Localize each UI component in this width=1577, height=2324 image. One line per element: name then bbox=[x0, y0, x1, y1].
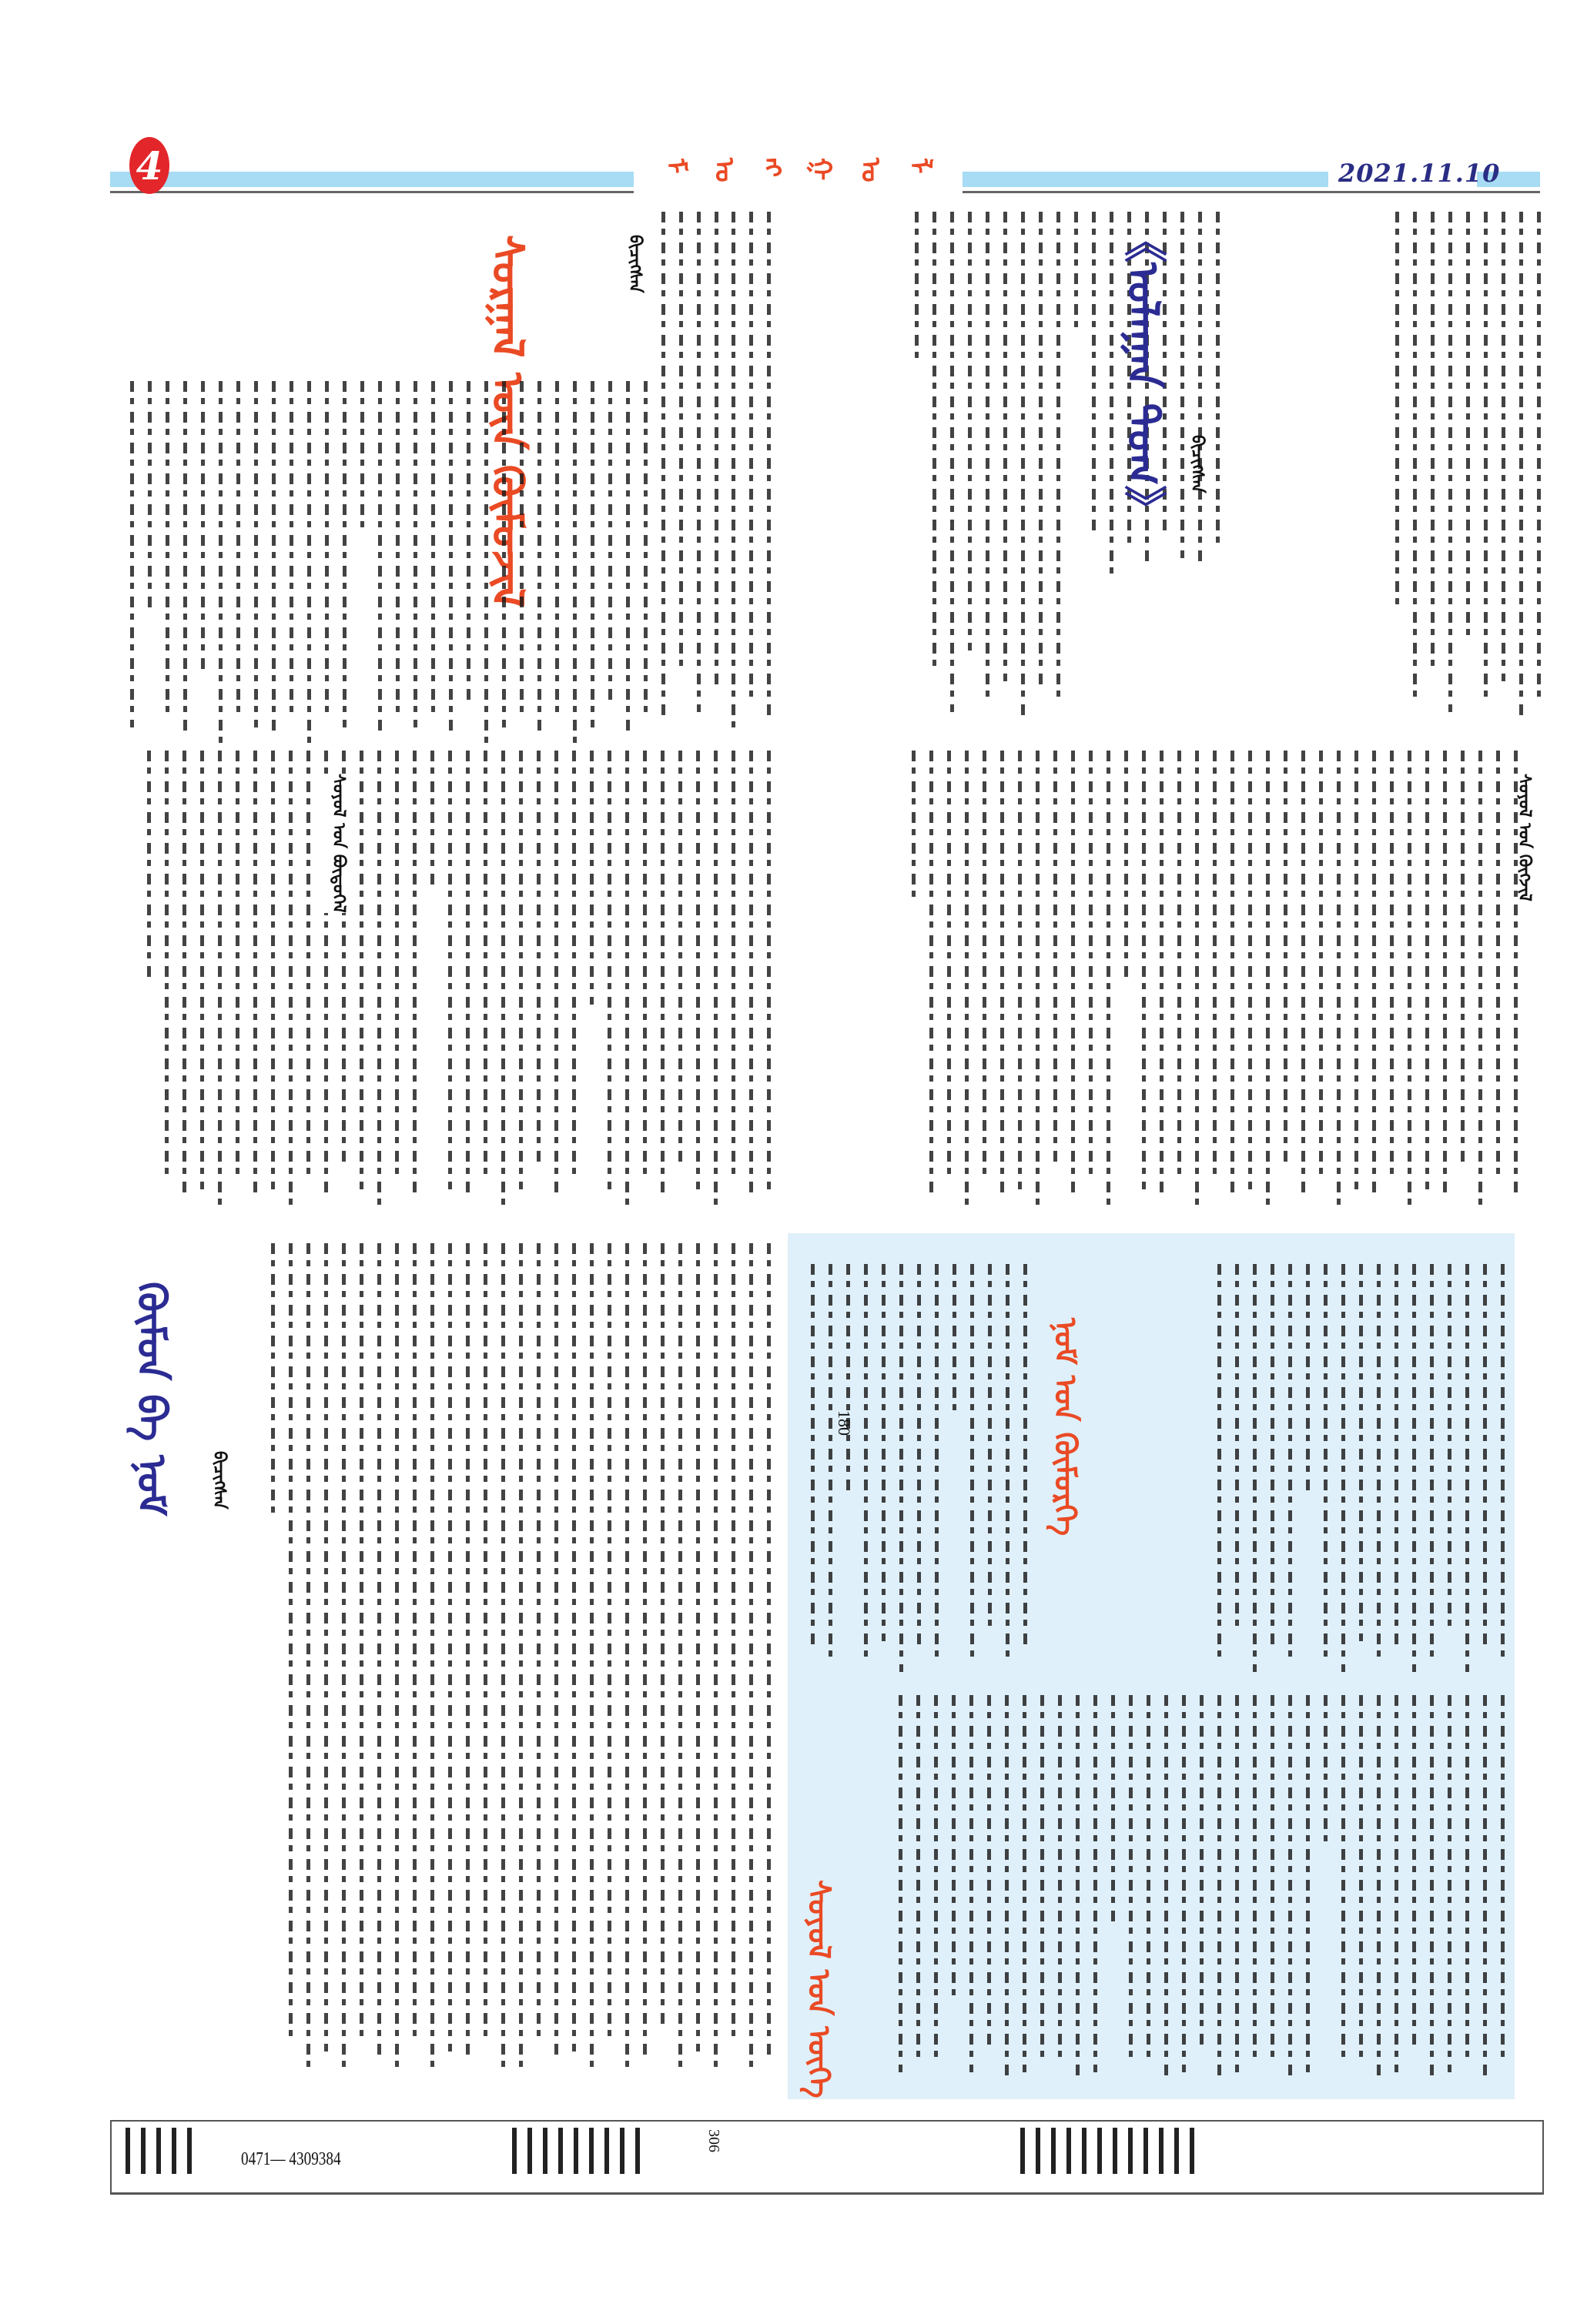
footer-label-middle bbox=[512, 2128, 640, 2174]
box-body-columns-lower bbox=[880, 1695, 1512, 2088]
footer-room-number: 306 bbox=[705, 2129, 722, 2152]
footer-label-right bbox=[1020, 2128, 1194, 2174]
masthead-glyph: ᠯ bbox=[906, 158, 932, 173]
article-subhead: ᠰᠣᠶᠣᠯ ᠤᠨ ᠬᠥᠭᠵᠢᠯ bbox=[1509, 774, 1538, 901]
article-headline: ᠬᠦᠮᠦᠨ ᠪᠠ ᠨᠣᠮ bbox=[131, 1282, 171, 1516]
article-body-columns bbox=[246, 1243, 778, 2090]
page-number-badge: 4 bbox=[129, 137, 169, 194]
article-byline: ᠪᠢᠴᠢᠭᠰᠡᠨ bbox=[1182, 435, 1211, 493]
box-body-columns-upper-left bbox=[788, 1264, 1034, 1680]
masthead-glyph: ᠩ bbox=[759, 158, 785, 177]
article-headline: 《ᠤᠯᠠᠭᠠᠨ ᠲᠤᠭ》 bbox=[1120, 219, 1163, 528]
highlight-box: ᠨᠣᠮ ᠤᠨ ᠬᠥᠮᠥᠷᠭᠡ ᠰᠣᠶᠣᠯ ᠤᠨ ᠦᠭᠡ 180 bbox=[788, 1233, 1515, 2099]
footer-contact-box: 0471— 4309384 306 bbox=[110, 2120, 1544, 2195]
article-subhead: ᠰᠣᠶᠣᠯ ᠤᠨ ᠪᠦᠲᠦᠭᠡᠯ bbox=[323, 774, 353, 913]
masthead-glyph: ᠭ bbox=[809, 158, 835, 180]
masthead-title: ᠮ ᠣ ᠩ ᠭ ᠣ ᠯ bbox=[662, 158, 932, 182]
article-body-columns bbox=[785, 751, 1525, 1212]
footer-phone: 0471— 4309384 bbox=[241, 2149, 341, 2170]
article-middle-left: ᠰᠣᠶᠣᠯ ᠤᠨ ᠪᠦᠲᠦᠭᠡᠯ bbox=[116, 751, 778, 1220]
article-bottom-left: ᠬᠦᠮᠦᠨ ᠪᠠ ᠨᠣᠮ ᠪᠢᠴᠢᠭᠰᠡᠨ bbox=[116, 1228, 778, 2098]
header-bar-left bbox=[110, 172, 634, 187]
box-headline-top: ᠨᠣᠮ ᠤᠨ ᠬᠥᠮᠥᠷᠭᠡ bbox=[1050, 1318, 1080, 1536]
article-top-right: 《ᠤᠯᠠᠭᠠᠨ ᠲᠤᠭ》 ᠪᠢᠴᠢᠭᠰᠡᠨ bbox=[785, 212, 1548, 743]
article-middle-right: ᠰᠣᠶᠣᠯ ᠤᠨ ᠬᠥᠭᠵᠢᠯ bbox=[785, 751, 1548, 1220]
box-body-columns-upper-right bbox=[1204, 1264, 1512, 1680]
article-body-columns bbox=[116, 751, 778, 1212]
footer-label-left bbox=[126, 2128, 192, 2174]
issue-date: 2021.11.10 bbox=[1338, 159, 1500, 188]
masthead-glyph: ᠣ bbox=[857, 158, 883, 182]
box-inline-number: 180 bbox=[834, 1410, 854, 1436]
header-rule-left bbox=[110, 191, 634, 193]
article-body-columns-right bbox=[655, 212, 778, 743]
article-byline: ᠪᠢᠴᠢᠭᠰᠡᠨ bbox=[204, 1451, 233, 1509]
article-byline: ᠪᠢᠴᠢᠭᠰᠡᠨ bbox=[620, 235, 649, 293]
header-rule-right bbox=[963, 191, 1540, 193]
box-headline-bottom: ᠰᠣᠶᠣᠯ ᠤᠨ ᠦᠭᠡ bbox=[803, 1880, 834, 2098]
header-bar-right bbox=[963, 172, 1328, 187]
article-body-columns bbox=[116, 381, 655, 743]
article-top-left: ᠰᠤᠷᠭᠠᠯ ᠦᠨ ᠬᠦᠮᠦᠵᠢᠯ ᠪᠢᠴᠢᠭᠰᠡᠨ bbox=[116, 212, 778, 743]
masthead-glyph: ᠣ bbox=[711, 158, 737, 182]
masthead-glyph: ᠮ bbox=[662, 158, 688, 173]
